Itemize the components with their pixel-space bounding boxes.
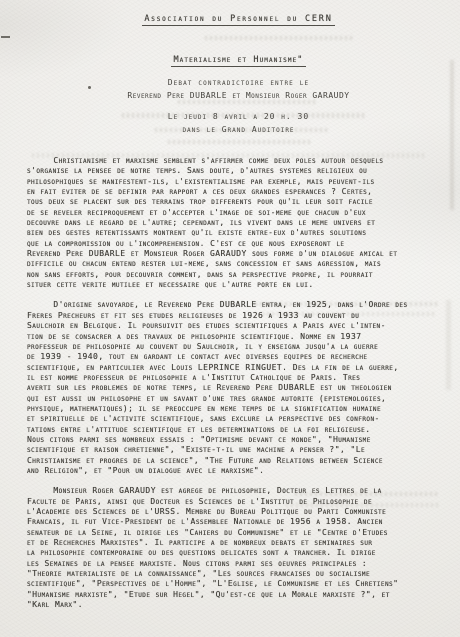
paragraph-dubarle-biography: D'origine savoyarde, le Reverend Pere DU…: [27, 300, 450, 476]
organization-title: Association du Personnel du CERN: [142, 14, 334, 26]
event-subtitle-line1: Debat contradictoire entre le: [27, 78, 450, 87]
event-subtitle-line2: Reverend Pere DUBARLE et Monsieur Roger …: [27, 91, 450, 100]
paragraph-garaudy-biography: Monsieur Roger GARAUDY est agrege de phi…: [27, 486, 450, 610]
document-header: Association du Personnel du CERN Materia…: [27, 6, 450, 134]
paragraph-introduction: Christianisme et marxisme semblent s'aff…: [27, 156, 450, 290]
event-title: Materialisme et Humanisme": [171, 55, 305, 67]
event-venue-line: dans le Grand Auditoire: [27, 125, 450, 134]
scanned-document-page: Association du Personnel du CERN Materia…: [0, 0, 460, 637]
event-date-line: Le jeudi 8 avril a 20 h. 30: [27, 112, 450, 121]
document-body: Christianisme et marxisme semblent s'aff…: [27, 156, 450, 610]
